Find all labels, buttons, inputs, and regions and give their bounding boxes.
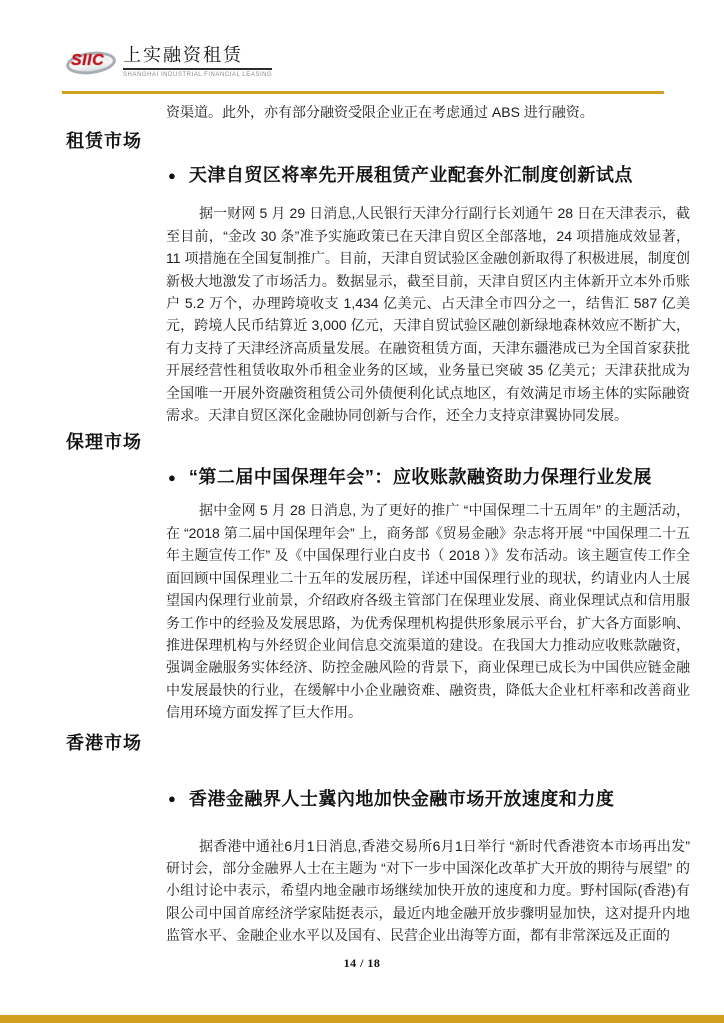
siic-logo-icon: SIIC (66, 49, 116, 76)
company-logo: SIIC 上实融资租赁 SHANGHAI INDUSTRIAL FINANCIA… (66, 40, 724, 88)
section-paragraph: 据一财网 5 月 29 日消息,人民银行天津分行副行长刘通午 28 日在天津表示… (166, 202, 690, 426)
footer-gold-bar (0, 1015, 724, 1023)
company-name-cn: 上实融资租赁 (123, 46, 272, 70)
bullet-icon: ● (168, 792, 176, 805)
section-paragraph: 据中金网 5 月 28 日消息, 为了更好的推广 “中国保理二十五周年” 的主题… (166, 499, 690, 723)
section-factoring-market: 保理市场 ● “第二届中国保理年会”：应收账款融资助力保理行业发展 据中金网 5… (0, 432, 724, 723)
company-name-block: 上实融资租赁 SHANGHAI INDUSTRIAL FINANCIAL LEA… (123, 40, 272, 78)
document-page: SIIC 上实融资租赁 SHANGHAI INDUSTRIAL FINANCIA… (0, 0, 724, 1023)
headline-text: “第二届中国保理年会”：应收账款融资助力保理行业发展 (189, 466, 652, 488)
continuation-paragraph: 资渠道。此外，亦有部分融资受限企业正在考虑通过 ABS 进行融资。 (166, 101, 690, 123)
bullet-headline-row: ● “第二届中国保理年会”：应收账款融资助力保理行业发展 (168, 466, 724, 488)
company-name-en: SHANGHAI INDUSTRIAL FINANCIAL LEASING (123, 72, 272, 78)
siic-wordmark: SIIC (71, 52, 104, 70)
section-leasing-market: 租赁市场 ● 天津自贸区将率先开展租赁产业配套外汇制度创新试点 据一财网 5 月… (0, 131, 724, 426)
section-title-hongkong: 香港市场 (66, 733, 724, 754)
section-title-leasing: 租赁市场 (66, 131, 724, 152)
section-title-factoring: 保理市场 (66, 432, 724, 453)
bullet-headline-row: ● 天津自贸区将率先开展租赁产业配套外汇制度创新试点 (168, 164, 724, 186)
bullet-icon: ● (168, 169, 176, 182)
section-paragraph: 据香港中通社6月1日消息,香港交易所6月1日举行 “新时代香港资本市场再出发” … (166, 835, 690, 947)
headline-text: 天津自贸区将率先开展租赁产业配套外汇制度创新试点 (189, 164, 633, 186)
bullet-headline-row: ● 香港金融界人士冀內地加快金融市场开放速度和力度 (168, 788, 724, 810)
headline-text: 香港金融界人士冀內地加快金融市场开放速度和力度 (189, 788, 615, 810)
page-number: 14 / 18 (0, 956, 724, 971)
letterhead: SIIC 上实融资租赁 SHANGHAI INDUSTRIAL FINANCIA… (0, 0, 724, 94)
bullet-icon: ● (168, 471, 176, 484)
gold-divider (62, 91, 664, 94)
section-hongkong-market: 香港市场 ● 香港金融界人士冀內地加快金融市场开放速度和力度 据香港中通社6月1… (0, 733, 724, 947)
document-body: 资渠道。此外，亦有部分融资受限企业正在考虑通过 ABS 进行融资。 租赁市场 ●… (0, 101, 724, 971)
